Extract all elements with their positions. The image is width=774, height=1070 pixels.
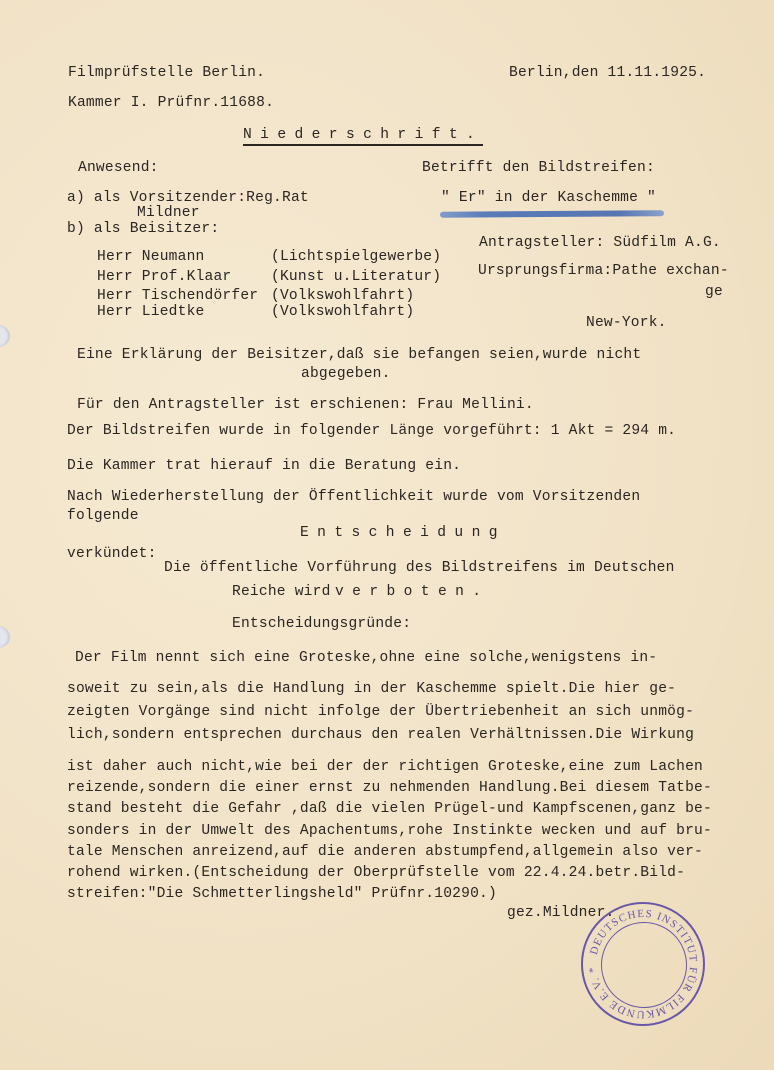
authority-name: Filmprüfstelle Berlin.	[68, 66, 265, 81]
assessors-label: b) als Beisitzer:	[67, 222, 219, 237]
stamp-text-ring: DEUTSCHES INSTITUT FÜR FILMKUNDE E.V. *	[581, 902, 705, 1026]
assessor-field: (Lichtspielgewerbe)	[271, 250, 441, 265]
chair-line-2: Mildner	[137, 206, 200, 221]
subject-label: Betrifft den Bildstreifen:	[422, 161, 655, 176]
document-title: Niederschrift.	[243, 128, 483, 146]
restoration-line-1: Nach Wiederherstellung der Öffentlichkei…	[67, 490, 640, 505]
declaration-line-1: Eine Erklärung der Beisitzer,daß sie bef…	[77, 348, 641, 363]
blue-pencil-underline	[440, 210, 664, 218]
applicant: Antragsteller: Südfilm A.G.	[479, 236, 721, 251]
decision-heading: Entscheidung	[300, 526, 506, 541]
reasons-line: streifen:"Die Schmetterlingsheld" Prüfnr…	[67, 887, 497, 902]
verdict-line-1: Die öffentliche Vorführung des Bildstrei…	[164, 561, 675, 576]
reasons-line: ist daher auch nicht,wie bei der der ric…	[67, 760, 703, 775]
verdict-line-2a: Reiche wird	[232, 585, 331, 600]
origin-company-line-1: Ursprungsfirma:Pathe exchan-	[478, 264, 729, 279]
verdict-forbidden: verboten.	[335, 585, 489, 600]
chair-line-1: a) als Vorsitzender:Reg.Rat	[67, 191, 309, 206]
chamber-number: Kammer I. Prüfnr.11688.	[68, 96, 274, 111]
applicant-appearance: Für den Antragsteller ist erschienen: Fr…	[77, 398, 534, 413]
institute-stamp: DEUTSCHES INSTITUT FÜR FILMKUNDE E.V. *	[581, 902, 705, 1026]
film-title: " Er" in der Kaschemme "	[441, 191, 656, 206]
reasons-line: soweit zu sein,als die Handlung in der K…	[67, 682, 676, 697]
reasons-line: lich,sondern entsprechen durchaus den re…	[67, 728, 694, 743]
assessor-field: (Volkswohlfahrt)	[271, 289, 414, 304]
declaration-line-2: abgegeben.	[301, 367, 391, 382]
reasons-line: reizende,sondern die einer ernst zu nehm…	[67, 781, 712, 796]
deliberation: Die Kammer trat hierauf in die Beratung …	[67, 459, 461, 474]
reasons-line: tale Menschen anreizend,auf die anderen …	[67, 845, 703, 860]
reasons-line: zeigten Vorgänge sind nicht infolge der …	[67, 705, 694, 720]
place-date: Berlin,den 11.11.1925.	[509, 66, 706, 81]
reasons-line: sonders in der Umwelt des Apachentums,ro…	[67, 824, 712, 839]
assessor-name: Herr Neumann	[97, 250, 205, 265]
announced: verkündet:	[67, 547, 157, 562]
assessor-field: (Kunst u.Literatur)	[271, 270, 441, 285]
origin-company-line-3: New-York.	[586, 316, 667, 331]
reasons-heading: Entscheidungsgründe:	[232, 617, 411, 632]
reasons-line: Der Film nennt sich eine Groteske,ohne e…	[75, 651, 657, 666]
restoration-line-2: folgende	[67, 509, 139, 524]
punch-hole-bottom	[0, 626, 10, 648]
origin-company-line-2: ge	[705, 285, 723, 300]
svg-text:DEUTSCHES INSTITUT FÜR FILMKUN: DEUTSCHES INSTITUT FÜR FILMKUNDE E.V. *	[587, 908, 699, 1020]
assessor-name: Herr Liedtke	[97, 305, 205, 320]
punch-hole-top	[0, 325, 10, 347]
assessor-name: Herr Tischendörfer	[97, 289, 258, 304]
reasons-line: rohend wirken.(Entscheidung der Oberprüf…	[67, 866, 685, 881]
present-label: Anwesend:	[78, 161, 159, 176]
screening-length: Der Bildstreifen wurde in folgender Läng…	[67, 424, 676, 439]
reasons-line: stand besteht die Gefahr ,daß die vielen…	[67, 802, 712, 817]
assessor-field: (Volkswohlfahrt)	[271, 305, 414, 320]
assessor-name: Herr Prof.Klaar	[97, 270, 231, 285]
